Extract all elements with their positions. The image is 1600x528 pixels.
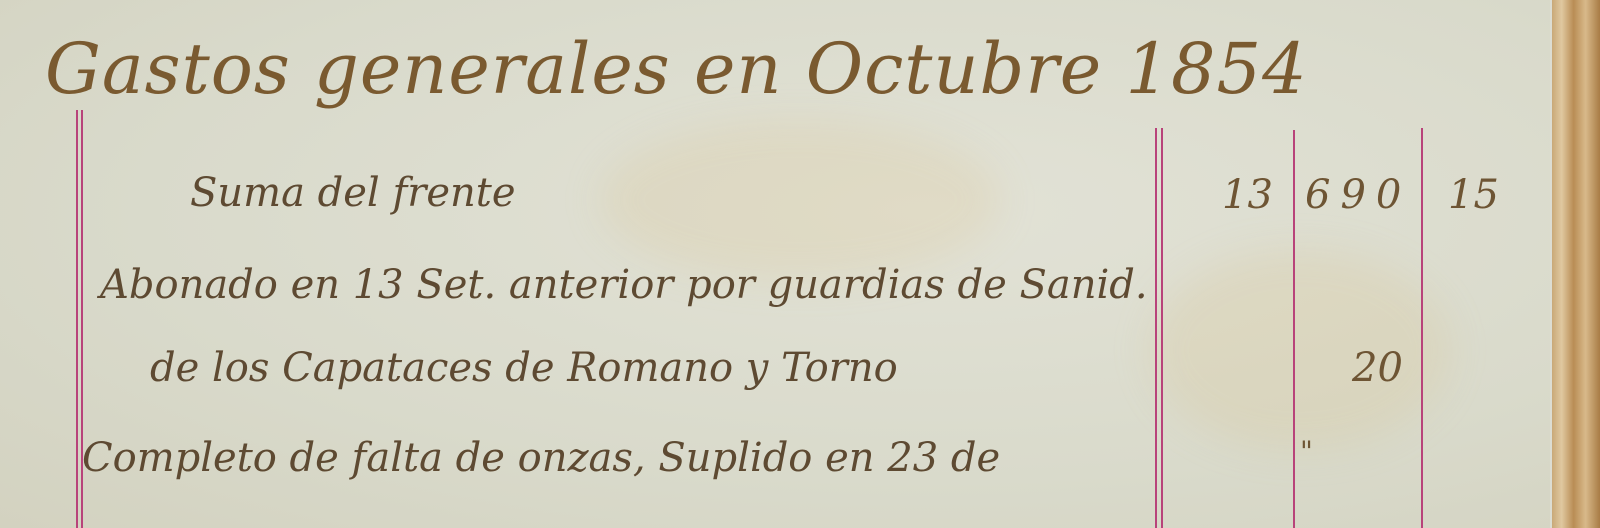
paper-stain [600, 120, 1000, 280]
margin-rule [76, 110, 78, 528]
page-title: Gastos generales en Octubre 1854 [45, 28, 1308, 110]
ledger-row-text: Suma del frente [190, 170, 516, 216]
column-rule [1161, 128, 1163, 528]
ledger-row-text: de los Capataces de Romano y Torno [150, 345, 898, 391]
ledger-row-text: Completo de falta de onzas, Suplido en 2… [82, 435, 1000, 481]
column-rule [1421, 128, 1423, 528]
ledger-amount: 15 [1448, 172, 1499, 218]
column-rule [1155, 128, 1157, 528]
column-rule [1293, 130, 1295, 528]
ledger-page: Gastos generales en Octubre 1854 Suma de… [0, 0, 1550, 528]
book-page-edges [1552, 0, 1600, 528]
ledger-amount: 13 [1222, 172, 1273, 218]
ledger-row-text: Abonado en 13 Set. anterior por guardias… [100, 262, 1148, 308]
ledger-amount: 690 [1305, 172, 1411, 218]
paper-stain [1150, 250, 1450, 450]
ditto-mark: " [1300, 435, 1313, 468]
ledger-amount: 20 [1352, 345, 1403, 391]
